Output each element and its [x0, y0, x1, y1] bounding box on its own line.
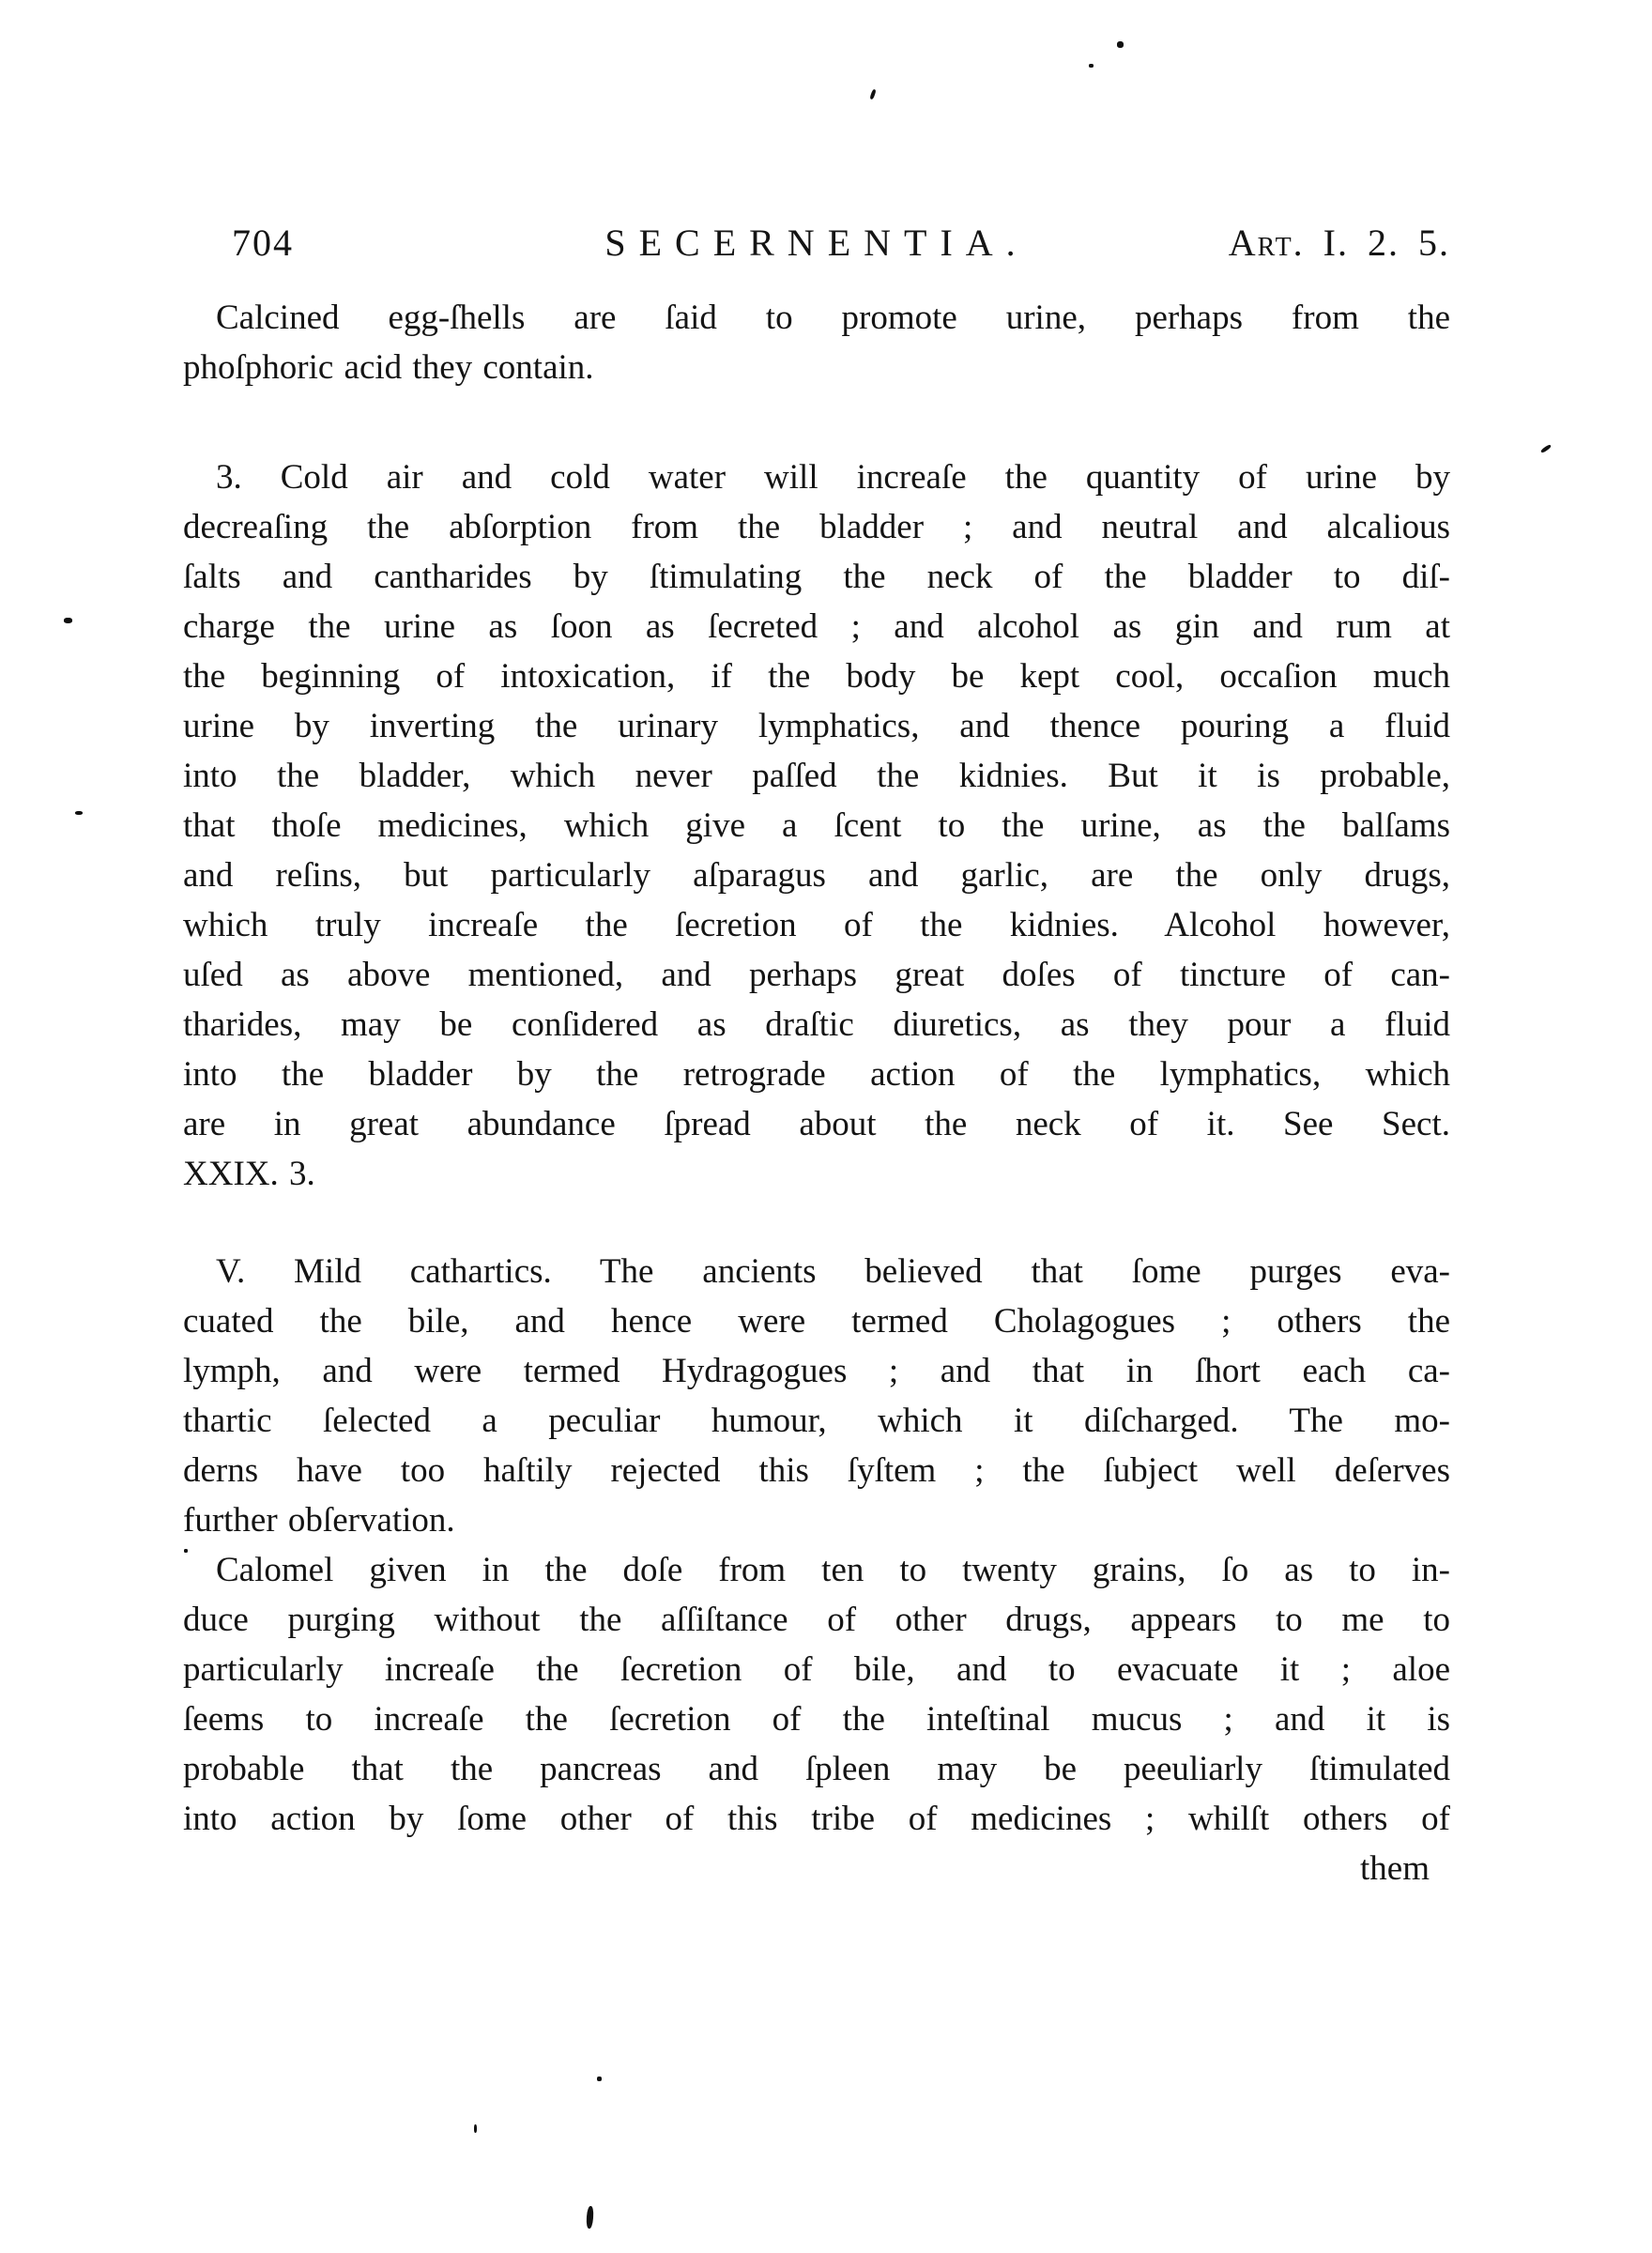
article-reference: Art. I. 2. 5.: [1229, 218, 1450, 268]
text-line: into the bladder, which never paſſed the…: [183, 751, 1450, 801]
scan-speck: [64, 618, 72, 623]
text-line: ſeems to increaſe the ſecretion of the i…: [183, 1694, 1450, 1744]
text-line: phoſphoric acid they contain.: [183, 343, 1450, 392]
text-line: the beginning of intoxication, if the bo…: [183, 651, 1450, 701]
text-line: XXIX. 3.: [183, 1149, 1450, 1199]
text-block: 704 SECERNENTIA. Art. I. 2. 5. Calcined …: [183, 218, 1450, 1893]
text-line: V. Mild cathartics. The ancients believe…: [183, 1247, 1450, 1296]
text-line: derns have too haſtily rejected this ſyſ…: [183, 1446, 1450, 1495]
scan-speck: [869, 89, 877, 100]
text-line: decreaſing the abſorption from the bladd…: [183, 502, 1450, 552]
text-line: further obſervation.: [183, 1495, 1450, 1545]
page-header: 704 SECERNENTIA. Art. I. 2. 5.: [183, 218, 1450, 268]
scan-speck: [1089, 64, 1094, 68]
paragraph-mild-cathartics: V. Mild cathartics. The ancients believe…: [183, 1247, 1450, 1545]
paragraph-calcined: Calcined egg-ſhells are ſaid to promote …: [183, 293, 1450, 392]
scan-speck: [1117, 41, 1124, 48]
scan-speck: [597, 2077, 602, 2081]
text-line: that thoſe medicines, which give a ſcent…: [183, 801, 1450, 851]
text-line: into action by ſome other of this tribe …: [183, 1794, 1450, 1844]
catchword: them: [183, 1844, 1450, 1893]
scan-speck: [474, 2124, 477, 2133]
book-page-scan: 704 SECERNENTIA. Art. I. 2. 5. Calcined …: [0, 0, 1652, 2253]
text-line: probable that the pancreas and ſpleen ma…: [183, 1744, 1450, 1794]
text-line: are in great abundance ſpread about the …: [183, 1099, 1450, 1149]
paragraph-calomel: Calomel given in the doſe from ten to tw…: [183, 1545, 1450, 1844]
text-line: particularly increaſe the ſecretion of b…: [183, 1645, 1450, 1694]
paragraph-cold-air: 3. Cold air and cold water will increaſe…: [183, 452, 1450, 1199]
text-line: urine by inverting the urinary lymphatic…: [183, 701, 1450, 751]
text-line: into the bladder by the retrograde actio…: [183, 1050, 1450, 1099]
scan-speck: [75, 811, 83, 815]
scan-speck: [184, 1549, 188, 1553]
text-line: ſalts and cantharides by ſtimulating the…: [183, 552, 1450, 602]
text-line: thartic ſelected a peculiar humour, whic…: [183, 1396, 1450, 1446]
text-line: duce purging without the aſſiſtance of o…: [183, 1595, 1450, 1645]
text-line: tharides, may be conſidered as draſtic d…: [183, 1000, 1450, 1050]
text-line: Calomel given in the doſe from ten to tw…: [183, 1545, 1450, 1595]
text-line: Calcined egg-ſhells are ſaid to promote …: [183, 293, 1450, 343]
scan-speck: [586, 2206, 594, 2229]
text-line: lymph, and were termed Hydragogues ; and…: [183, 1346, 1450, 1396]
text-line: uſed as above mentioned, and perhaps gre…: [183, 950, 1450, 1000]
text-line: charge the urine as ſoon as ſecreted ; a…: [183, 602, 1450, 651]
text-line: and reſins, but particularly aſparagus a…: [183, 851, 1450, 900]
text-line: which truly increaſe the ſecretion of th…: [183, 900, 1450, 950]
text-line: 3. Cold air and cold water will increaſe…: [183, 452, 1450, 502]
text-line: cuated the bile, and hence were termed C…: [183, 1296, 1450, 1346]
scan-speck: [1540, 444, 1552, 453]
